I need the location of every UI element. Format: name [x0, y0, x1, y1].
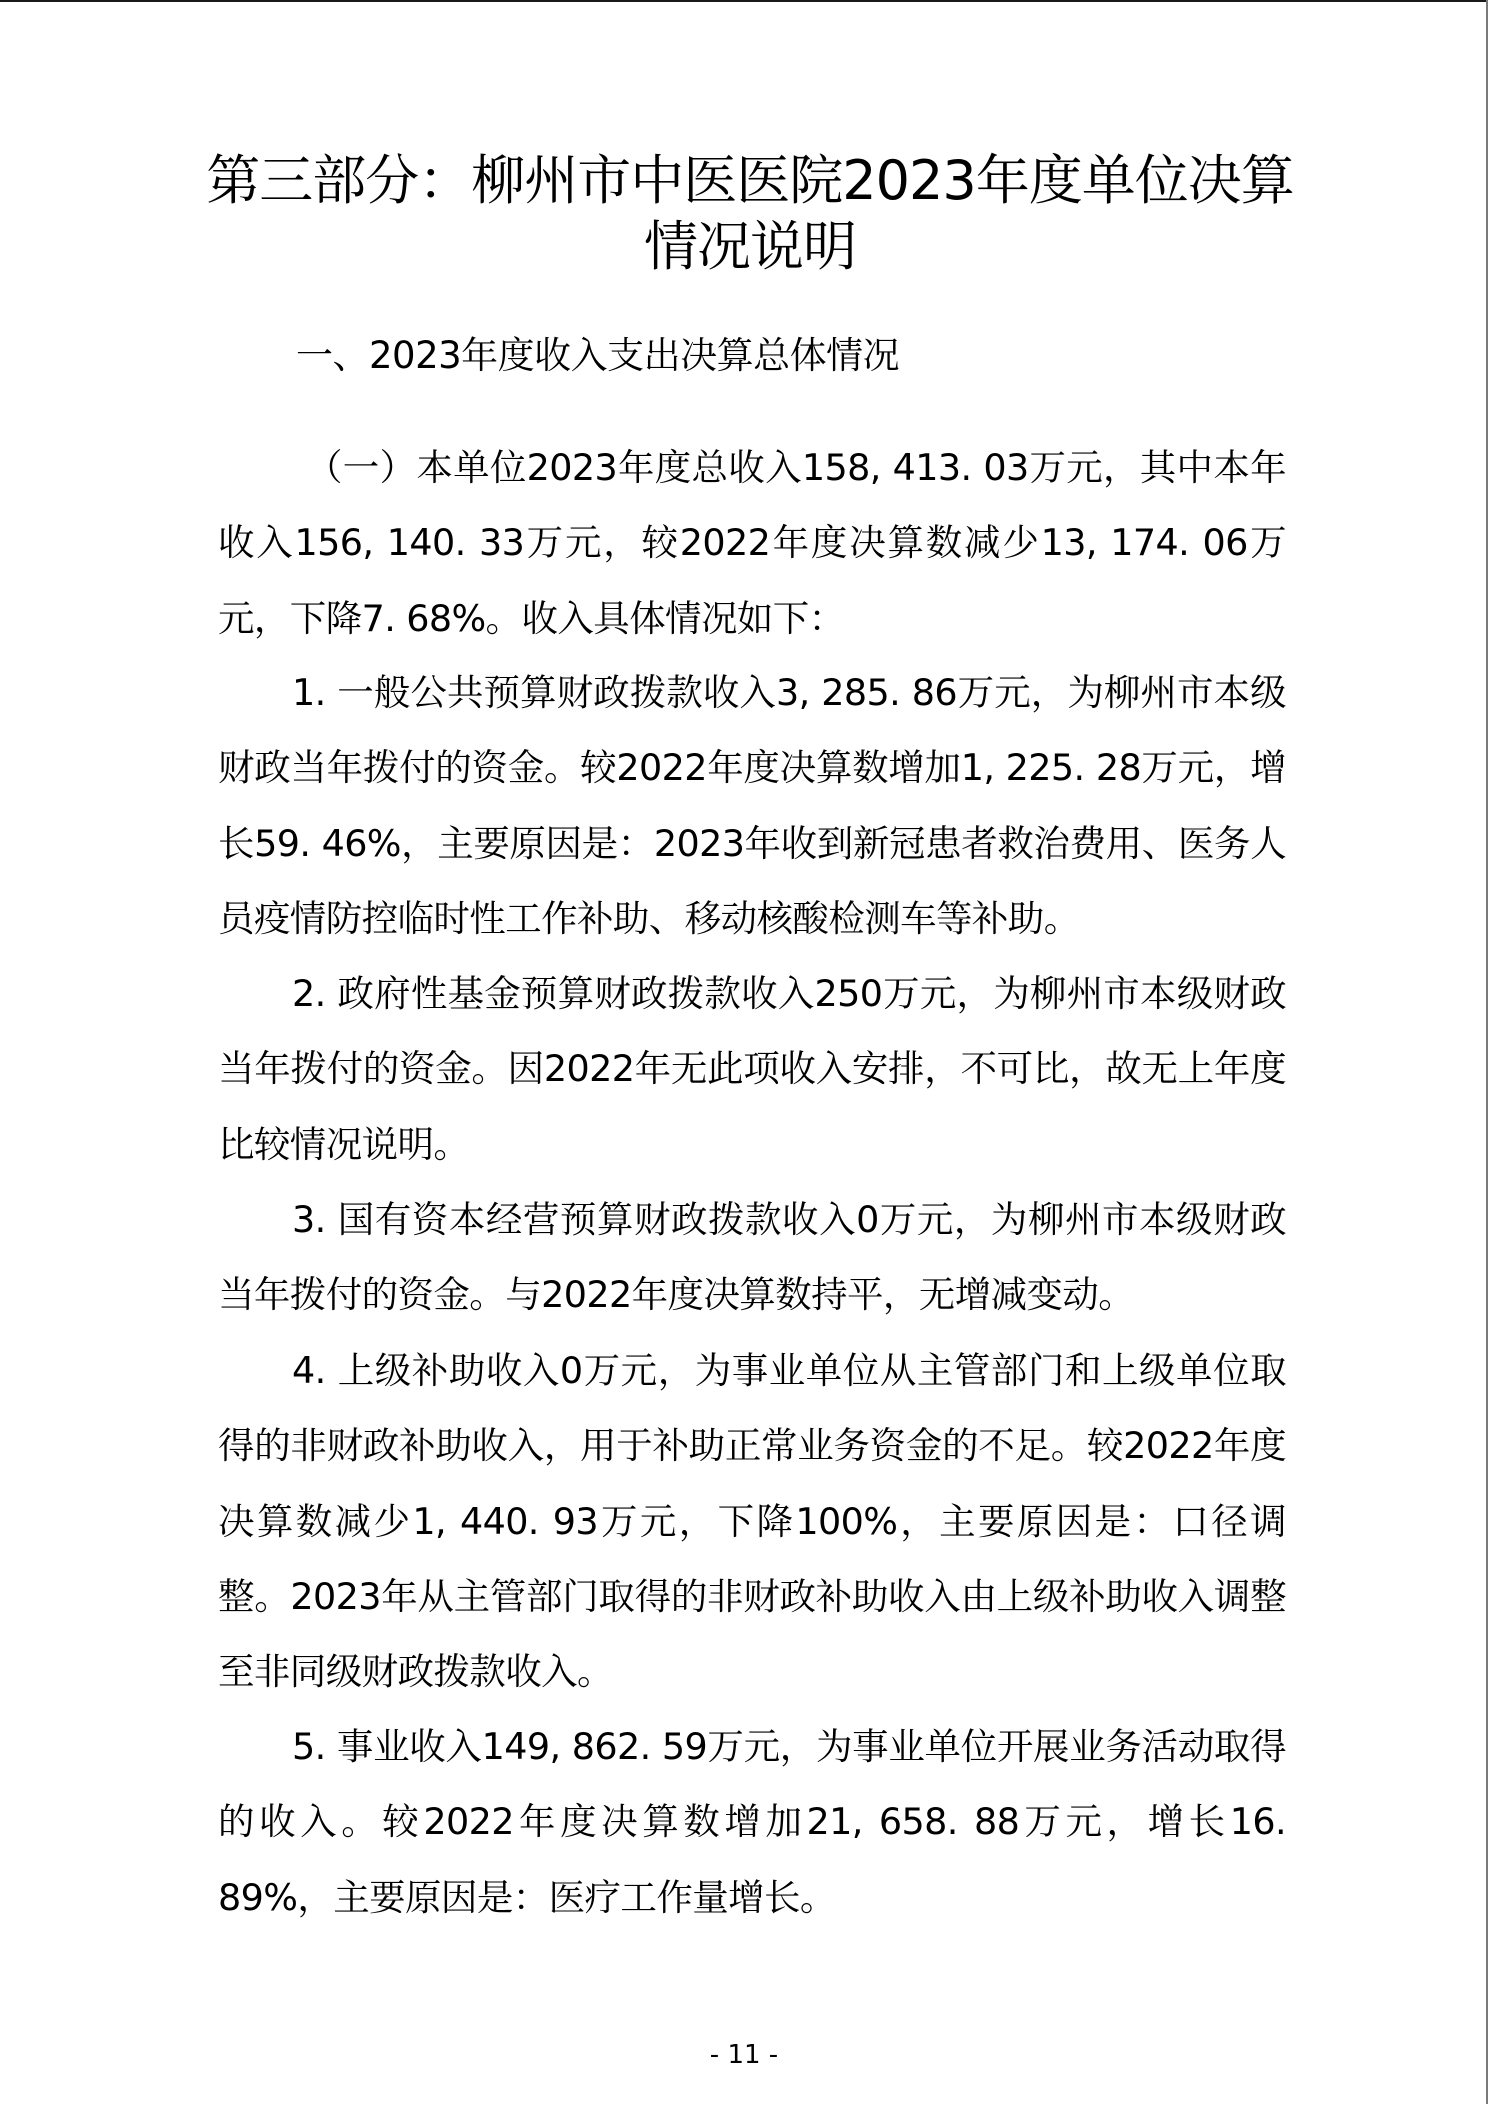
- paragraph-government-fund-income: 2. 政府性基金预算财政拨款收入250万元，为柳州市本级财政当年拨付的资金。因2…: [218, 956, 1286, 1182]
- section-heading: 一、2023年度收入支出决算总体情况: [296, 328, 899, 384]
- paragraph-state-capital-income: 3. 国有资本经营预算财政拨款收入0万元，为柳州市本级财政当年拨付的资金。与20…: [218, 1182, 1286, 1333]
- paragraph-general-budget-income: 1. 一般公共预算财政拨款收入3, 285. 86万元，为柳州市本级财政当年拨付…: [218, 655, 1286, 956]
- page-number: - 11 -: [0, 2040, 1488, 2070]
- document-page: 第三部分：柳州市中医医院2023年度单位决算情况说明 一、2023年度收入支出决…: [0, 0, 1486, 2104]
- page-title: 第三部分：柳州市中医医院2023年度单位决算情况说明: [200, 148, 1300, 280]
- paragraph-intro: （一）本单位2023年度总收入158, 413. 03万元，其中本年收入156,…: [218, 430, 1286, 656]
- paragraph-superior-subsidy-income: 4. 上级补助收入0万元，为事业单位从主管部门和上级单位取得的非财政补助收入，用…: [218, 1333, 1286, 1709]
- paragraph-business-income: 5. 事业收入149, 862. 59万元，为事业单位开展业务活动取得的收入。较…: [218, 1709, 1286, 1935]
